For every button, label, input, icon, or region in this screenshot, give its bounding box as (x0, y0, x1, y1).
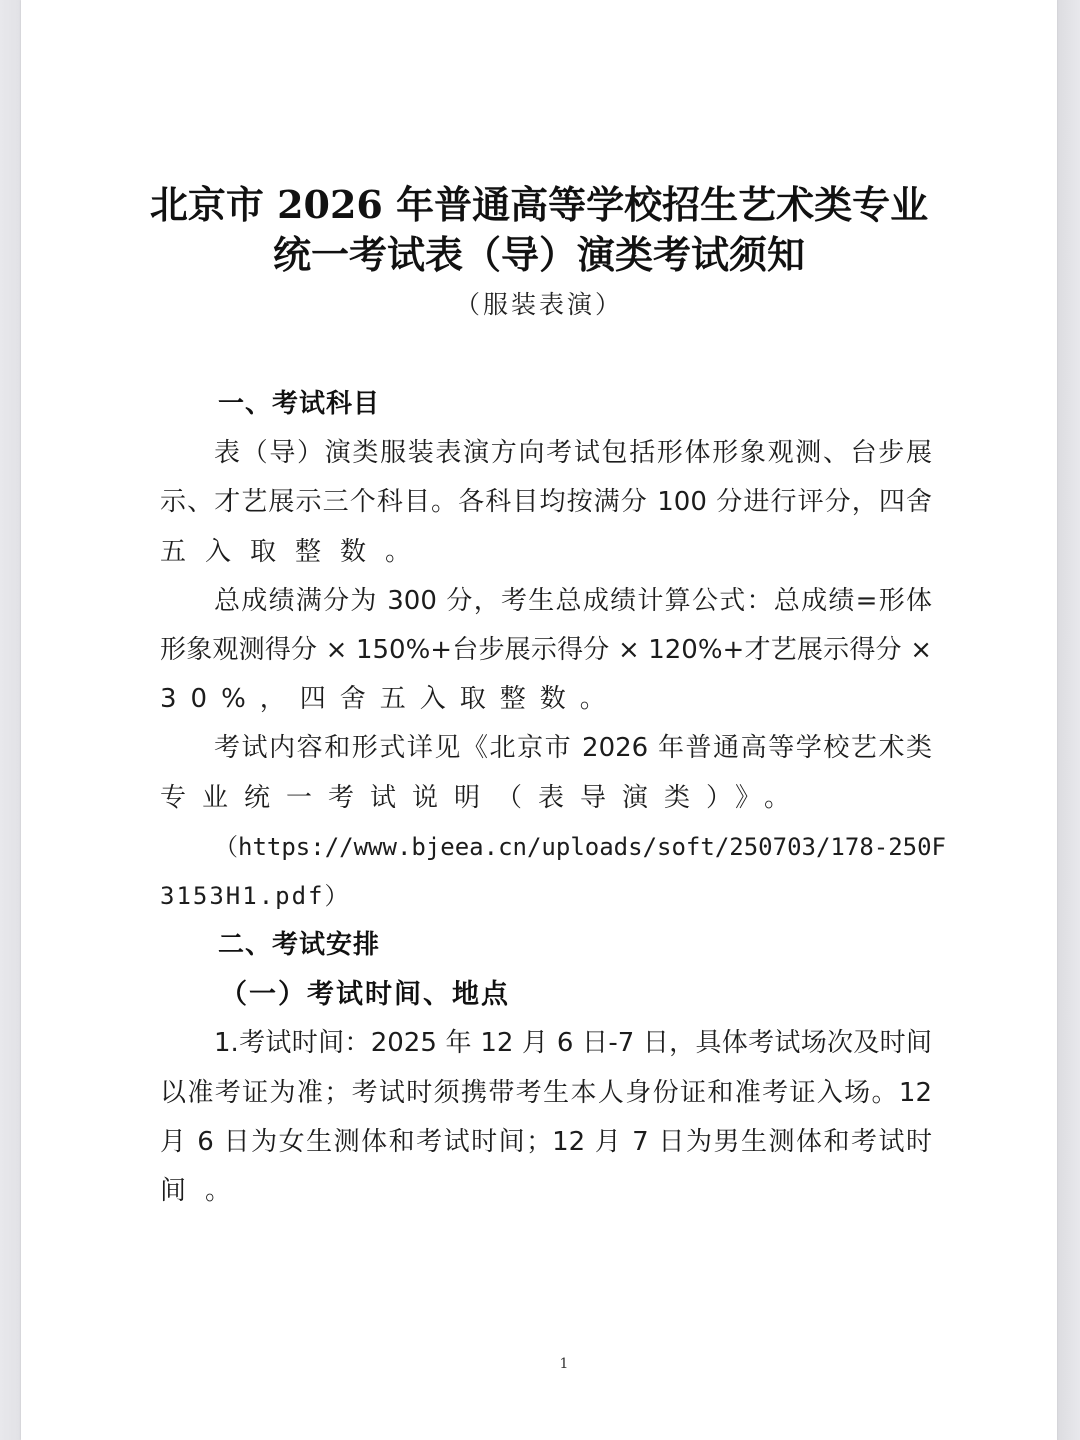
document-title-line-2: 统一考试表（导）演类考试须知 (21, 230, 1057, 280)
document-subtitle: （服装表演） (21, 287, 1057, 323)
paragraph-line: 总成绩满分为 300 分，考生总成绩计算公式：总成绩=形体 (160, 577, 932, 626)
subsection-heading-time-location: （一）考试时间、地点 (160, 970, 932, 1019)
paragraph-line: 以准考证为准；考试时须携带考生本人身份证和准考证入场。12 (160, 1069, 932, 1118)
reference-link-continued[interactable]: 3153H1.pdf） (160, 872, 932, 921)
reference-link[interactable]: （https://www.bjeea.cn/uploads/soft/25070… (160, 823, 932, 872)
document-title-line-1: 北京市 2026 年普通高等学校招生艺术类专业 (21, 180, 1057, 230)
viewer-background-right (1057, 0, 1080, 1440)
paragraph-line: 示、才艺展示三个科目。各科目均按满分 100 分进行评分，四舍 (160, 478, 932, 527)
paragraph-line: 间。 (160, 1167, 932, 1216)
section-heading-exam-subjects: 一、考试科目 (160, 380, 932, 429)
viewer-background-left (0, 0, 20, 1440)
paragraph-line: 形象观测得分 × 150%+台步展示得分 × 120%+才艺展示得分 × (160, 626, 932, 675)
paragraph-line: 月 6 日为女生测体和考试时间；12 月 7 日为男生测体和考试时 (160, 1118, 932, 1167)
paragraph-line: 1.考试时间：2025 年 12 月 6 日-7 日，具体考试场次及时间 (160, 1019, 932, 1068)
document-body: 一、考试科目 表（导）演类服装表演方向考试包括形体形象观测、台步展 示、才艺展示… (160, 380, 932, 1216)
paragraph-line: 五入取整数。 (160, 528, 932, 577)
page-number: 1 (21, 1356, 1080, 1372)
paragraph-line: 30%，四舍五入取整数。 (160, 675, 932, 724)
paragraph-line: 表（导）演类服装表演方向考试包括形体形象观测、台步展 (160, 429, 932, 478)
section-heading-exam-arrangement: 二、考试安排 (160, 921, 932, 970)
document-page: 北京市 2026 年普通高等学校招生艺术类专业 统一考试表（导）演类考试须知 （… (21, 0, 1057, 1440)
paragraph-line: 考试内容和形式详见《北京市 2026 年普通高等学校艺术类 (160, 724, 932, 773)
paragraph-line: 专业统一考试说明（表导演类）》。 (160, 774, 932, 823)
